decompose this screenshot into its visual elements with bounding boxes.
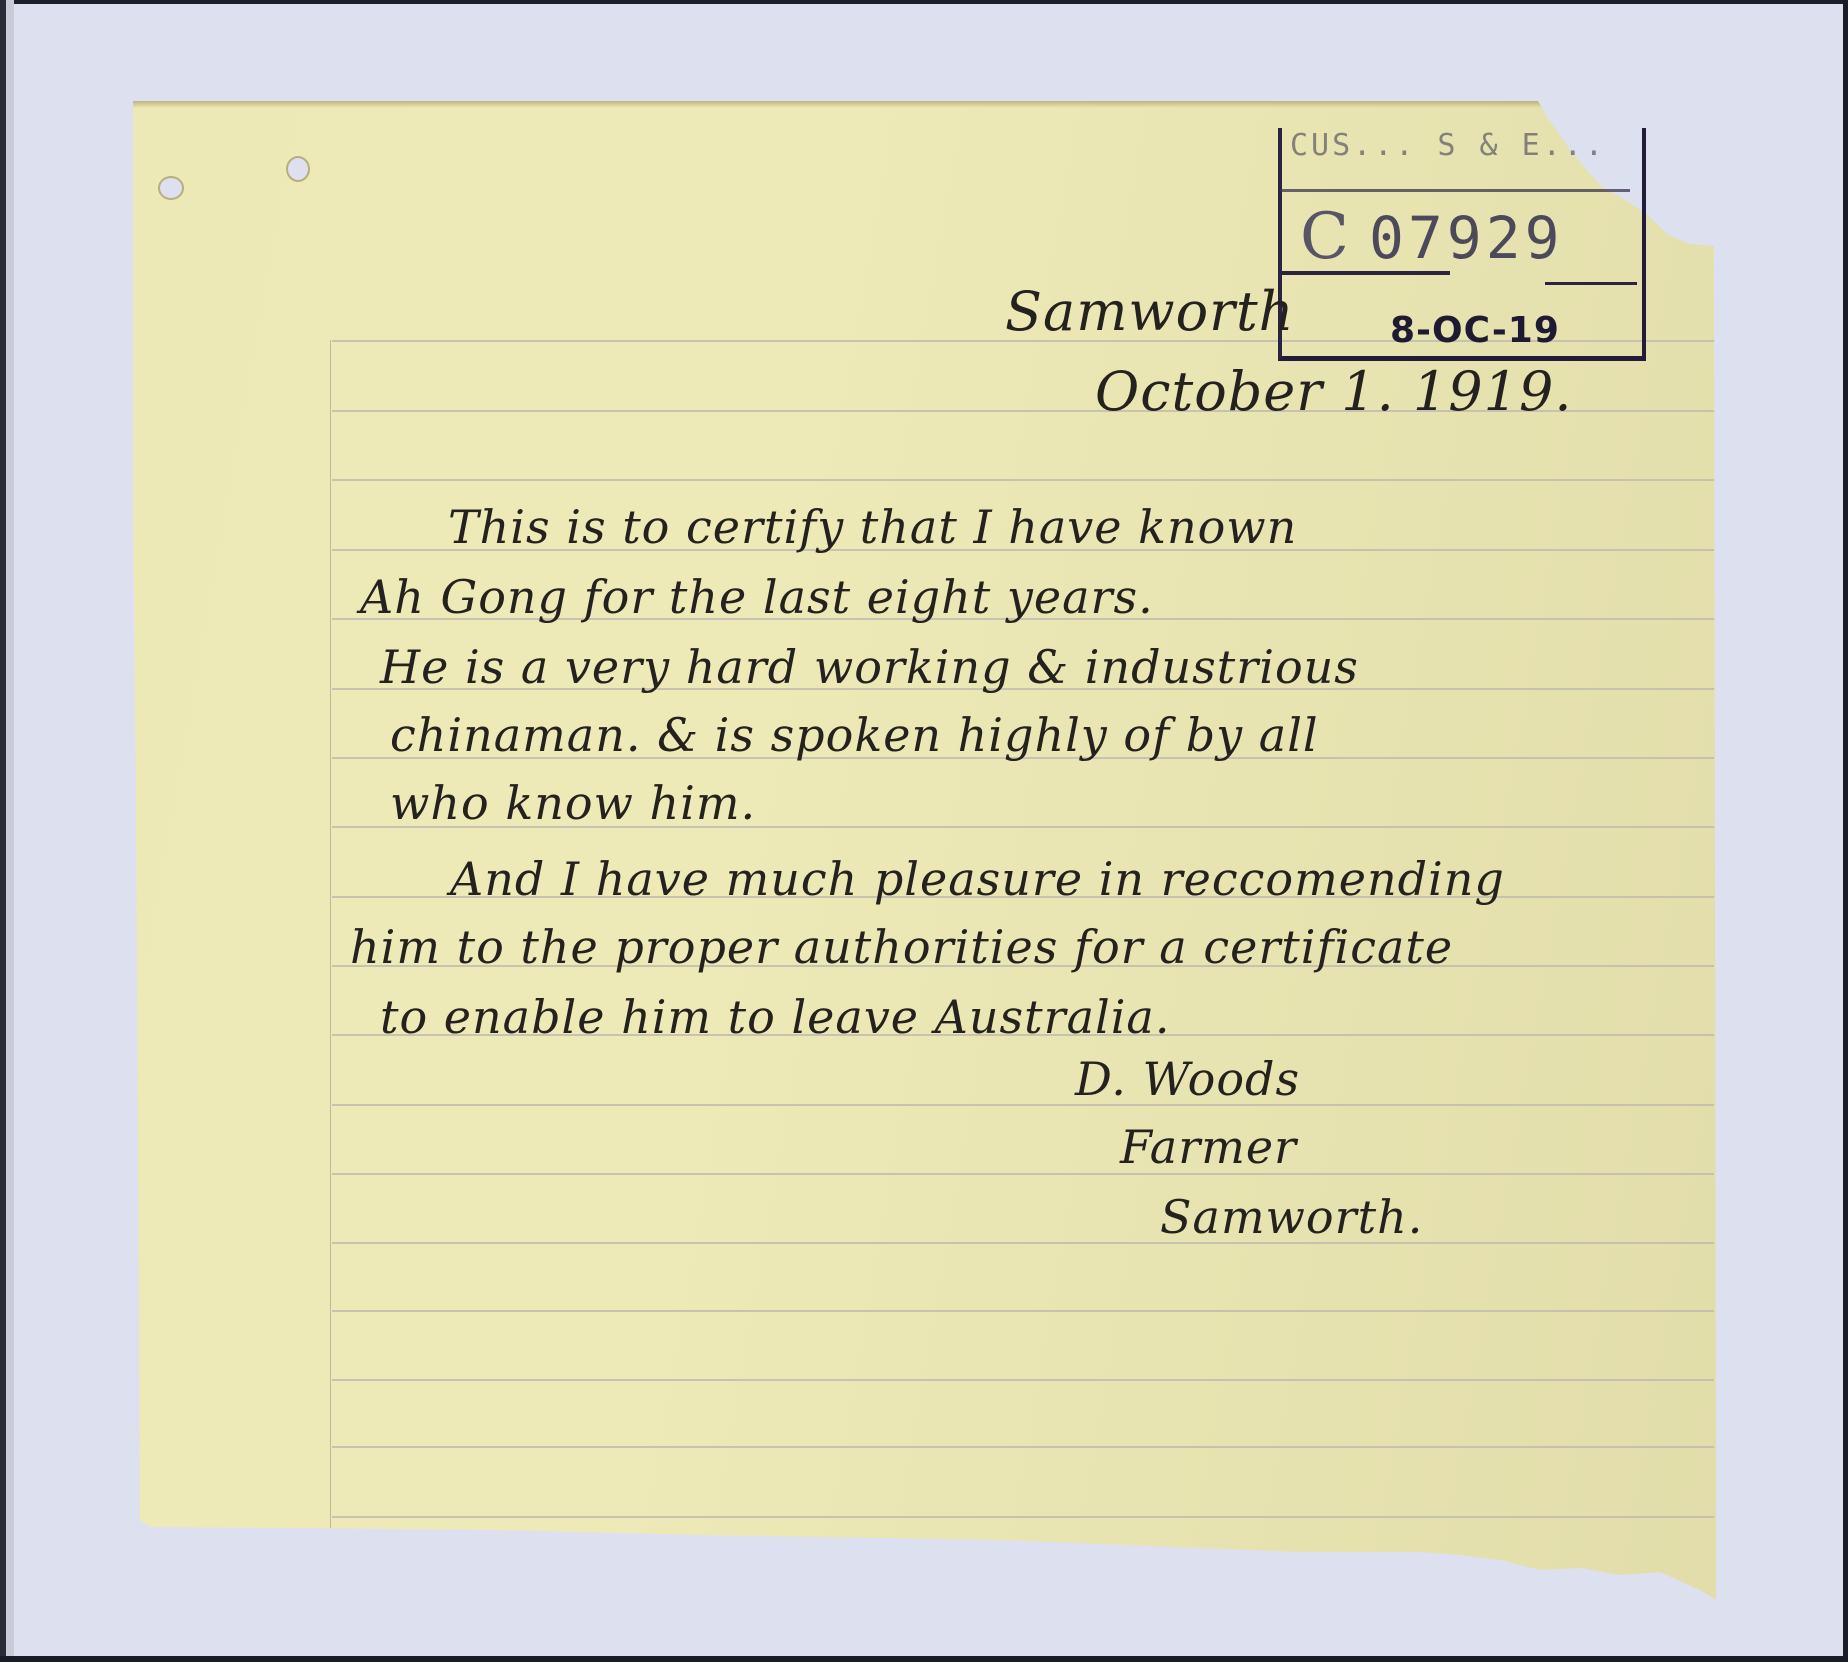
stamp-date: 8-OC-19 (1390, 310, 1560, 351)
body-line: And I have much pleasure in reccomending (450, 852, 1505, 906)
margin-line (330, 340, 331, 1540)
body-line: to enable him to leave Australia. (380, 990, 1170, 1044)
ruled-line (332, 1104, 1714, 1106)
body-line: He is a very hard working & industrious (380, 640, 1359, 694)
stamp-divider (1545, 282, 1637, 285)
body-line: Ah Gong for the last eight years. (360, 570, 1154, 624)
signature-name: D. Woods (1075, 1052, 1300, 1106)
stamp-header: CUS... S & E... (1290, 128, 1606, 163)
frame-right-edge (1843, 0, 1848, 1662)
ruled-line (332, 1379, 1714, 1381)
paper-hole (160, 178, 182, 198)
signature-location: Samworth. (1160, 1190, 1423, 1244)
frame-top-edge (0, 0, 1848, 4)
frame-bottom-edge (0, 1656, 1848, 1662)
letter-date: October 1. 1919. (1095, 360, 1573, 423)
body-line: chinaman. & is spoken highly of by all (390, 708, 1319, 762)
ruled-line (332, 1446, 1714, 1448)
ruled-line (332, 1173, 1714, 1175)
body-line: him to the proper authorities for a cert… (350, 920, 1453, 974)
body-line: who know him. (390, 776, 756, 830)
frame-left-mount (6, 0, 14, 1662)
stamp-number-prefix: C (1300, 200, 1353, 274)
paper-hole (288, 158, 308, 180)
stamp-divider (1280, 271, 1450, 275)
paper-top-stain (133, 100, 1553, 108)
ruled-line (332, 1242, 1714, 1244)
ruled-line (332, 1516, 1714, 1518)
ruled-line (332, 479, 1714, 481)
stamp-divider (1280, 189, 1630, 192)
ruled-line (332, 1310, 1714, 1312)
stamp-number: C07929 (1300, 200, 1564, 274)
body-line: This is to certify that I have known (448, 500, 1297, 554)
stamp-number-value: 07929 (1369, 204, 1564, 272)
letter-place: Samworth (1005, 280, 1294, 343)
signature-occupation: Farmer (1120, 1120, 1297, 1174)
